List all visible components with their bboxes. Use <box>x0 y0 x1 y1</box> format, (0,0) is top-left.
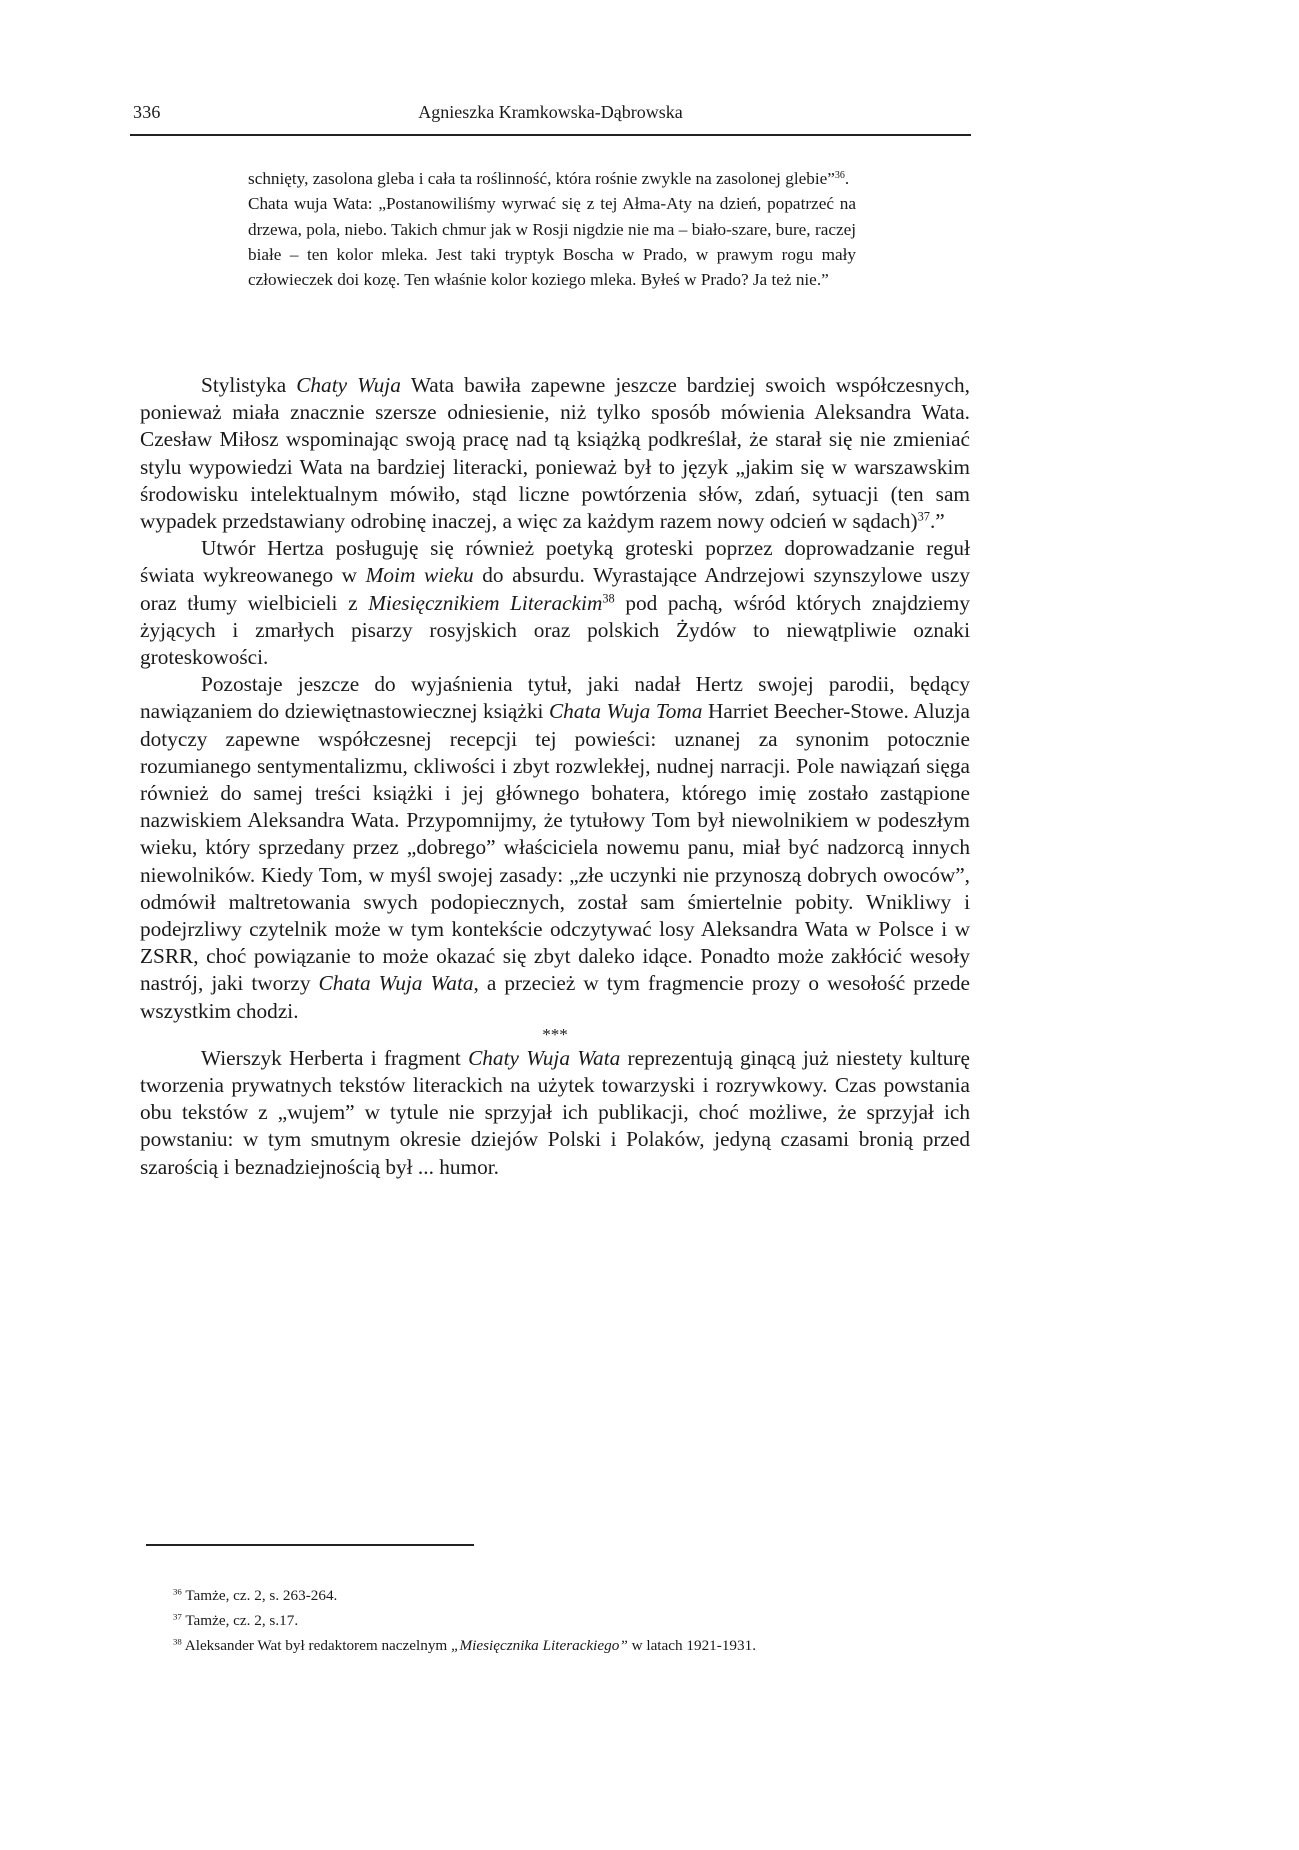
block-quote: schnięty, zasolona gleba i cała ta rośli… <box>248 166 856 292</box>
paragraph: Utwór Hertza posługuję się również poety… <box>140 535 970 671</box>
footnote-number: 37 <box>173 1612 182 1622</box>
footnote-37: 37 Tamże, cz. 2, s.17. <box>173 1608 973 1633</box>
text: Stylistyka <box>201 373 296 397</box>
paragraph: Stylistyka Chaty Wuja Wata bawiła zapewn… <box>140 372 970 535</box>
text: Wierszyk Herberta i fragment <box>201 1046 468 1070</box>
footnote-text: w latach 1921-1931. <box>628 1637 756 1654</box>
italic-title: Chaty Wuja Wata <box>468 1046 620 1070</box>
footnote-text: Tamże, cz. 2, s.17. <box>182 1612 298 1629</box>
italic-title: Miesięcznikiem Literackim <box>368 591 602 615</box>
page-header: 336 Agnieszka Kramkowska-Dąbrowska <box>130 100 971 136</box>
italic-title: Chaty Wuja <box>296 373 411 397</box>
paragraph: Pozostaje jeszcze do wyjaśnienia tytuł, … <box>140 671 970 1025</box>
running-head: Agnieszka Kramkowska-Dąbrowska <box>130 102 971 123</box>
paragraph: Wierszyk Herberta i fragment Chaty Wuja … <box>140 1045 970 1181</box>
quote-text: schnięty, zasolona gleba i cała ta rośli… <box>248 169 835 188</box>
footnote-38: 38 Aleksander Wat był redaktorem naczeln… <box>173 1633 973 1658</box>
footnote-divider <box>146 1544 474 1546</box>
footnote-number: 38 <box>173 1637 182 1647</box>
footnote-ref-36: 36 <box>835 170 845 181</box>
footnote-number: 36 <box>173 1587 182 1597</box>
main-text: Stylistyka Chaty Wuja Wata bawiła zapewn… <box>140 370 970 1181</box>
footnote-36: 36 Tamże, cz. 2, s. 263-264. <box>173 1583 973 1608</box>
italic-title: Chata Wuja Toma <box>549 699 703 723</box>
footnote-text: Aleksander Wat był redaktorem naczelnym <box>182 1637 451 1654</box>
italic-title: Chata Wuja Wata <box>319 971 474 995</box>
quote-paragraph: Chata wuja Wata: „Postanowiliśmy wyrwać … <box>248 191 856 292</box>
author-name: Agnieszka Kramkowska-Dąbrowska <box>418 102 682 123</box>
italic-title: „Miesięcznika Literackiego” <box>451 1637 628 1654</box>
footnote-ref-37: 37 <box>918 509 930 523</box>
italic-title: Moim wieku <box>366 563 474 587</box>
quote-text: . <box>845 169 849 188</box>
section-separator: *** <box>140 1025 970 1045</box>
footnote-text: Tamże, cz. 2, s. 263-264. <box>182 1587 338 1604</box>
text: .” <box>930 509 945 533</box>
footnotes: 36 Tamże, cz. 2, s. 263-264. 37 Tamże, c… <box>173 1583 973 1658</box>
footnote-ref-38: 38 <box>602 591 614 605</box>
text: Harriet Beecher-Stowe. Aluzja dotyczy za… <box>140 699 970 995</box>
quote-paragraph: schnięty, zasolona gleba i cała ta rośli… <box>248 166 856 191</box>
text: Wata bawiła zapewne jeszcze bardziej swo… <box>140 373 970 533</box>
